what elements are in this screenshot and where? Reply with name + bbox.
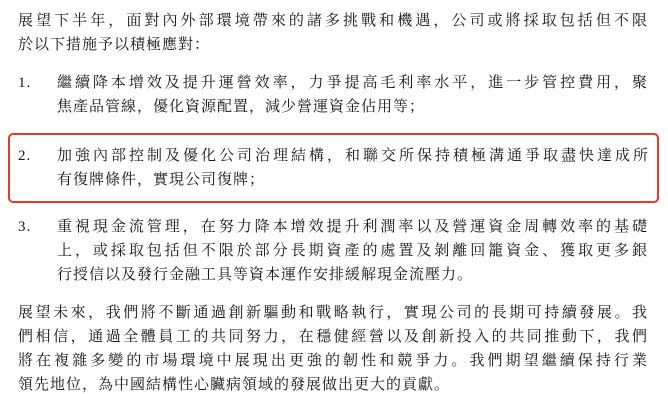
- list-line: 上，或採取包括但不限於部分長期資產的處置及剝離回籠資金、獲取更多銀: [57, 239, 648, 263]
- list-line: 有復牌條件，實現公司復牌；: [57, 168, 649, 192]
- list-line: 行授信以及發行金融工具等資本運作安排緩解現金流壓力。: [57, 263, 648, 287]
- closing-line: 領先地位，為中國結構性心臟病領域的發展做出更大的貢獻。: [18, 373, 648, 394]
- highlight-box-list-item-2: 2. 加強內部控制及優化公司治理結構，和聯交所保持積極溝通爭取盡快達成所 有復牌…: [8, 133, 659, 203]
- closing-paragraph: 展望未來，我們將不斷通過創新驅動和戰略執行，實現公司的長期可持續發展。我 們相信…: [18, 301, 648, 394]
- list-item-text: 繼續降本增效及提升運營效率，力爭提高毛利率水平，進一步管控費用，聚 焦產品管線，…: [57, 71, 648, 119]
- list-line: 繼續降本增效及提升運營效率，力爭提高毛利率水平，進一步管控費用，聚: [57, 71, 648, 95]
- list-line: 加強內部控制及優化公司治理結構，和聯交所保持積極溝通爭取盡快達成所: [57, 144, 649, 168]
- list-number: 3.: [18, 215, 57, 287]
- list-number: 1.: [18, 71, 57, 119]
- list-item-3: 3. 重視現金流管理，在努力降本增效提升利潤率以及營運資金周轉效率的基礎 上，或…: [18, 215, 648, 287]
- intro-paragraph: 展望下半年，面對內外部環境帶來的諸多挑戰和機遇，公司或將採取包括但不限 於以下措…: [18, 9, 648, 57]
- closing-line: 將在複雜多變的市場環境中展現出更強的韌性和競爭力。我們期望繼續保持行業: [18, 349, 648, 373]
- list-line: 焦產品管線，優化資源配置，減少營運資金佔用等；: [57, 95, 648, 119]
- closing-line: 們相信，通過全體員工的共同努力，在穩健經營以及創新投入的共同推動下，我們: [18, 325, 648, 349]
- closing-line: 展望未來，我們將不斷通過創新驅動和戰略執行，實現公司的長期可持續發展。我: [18, 301, 648, 325]
- document-page: 展望下半年，面對內外部環境帶來的諸多挑戰和機遇，公司或將採取包括但不限 於以下措…: [0, 0, 668, 394]
- list-item-text: 加強內部控制及優化公司治理結構，和聯交所保持積極溝通爭取盡快達成所 有復牌條件，…: [57, 144, 649, 192]
- list-item-text: 重視現金流管理，在努力降本增效提升利潤率以及營運資金周轉效率的基礎 上，或採取包…: [57, 215, 648, 287]
- intro-line: 展望下半年，面對內外部環境帶來的諸多挑戰和機遇，公司或將採取包括但不限: [18, 9, 648, 33]
- list-item-1: 1. 繼續降本增效及提升運營效率，力爭提高毛利率水平，進一步管控費用，聚 焦產品…: [18, 71, 648, 119]
- intro-line: 於以下措施予以積極應對：: [18, 33, 648, 57]
- list-line: 重視現金流管理，在努力降本增效提升利潤率以及營運資金周轉效率的基礎: [57, 215, 648, 239]
- list-number: 2.: [18, 144, 57, 192]
